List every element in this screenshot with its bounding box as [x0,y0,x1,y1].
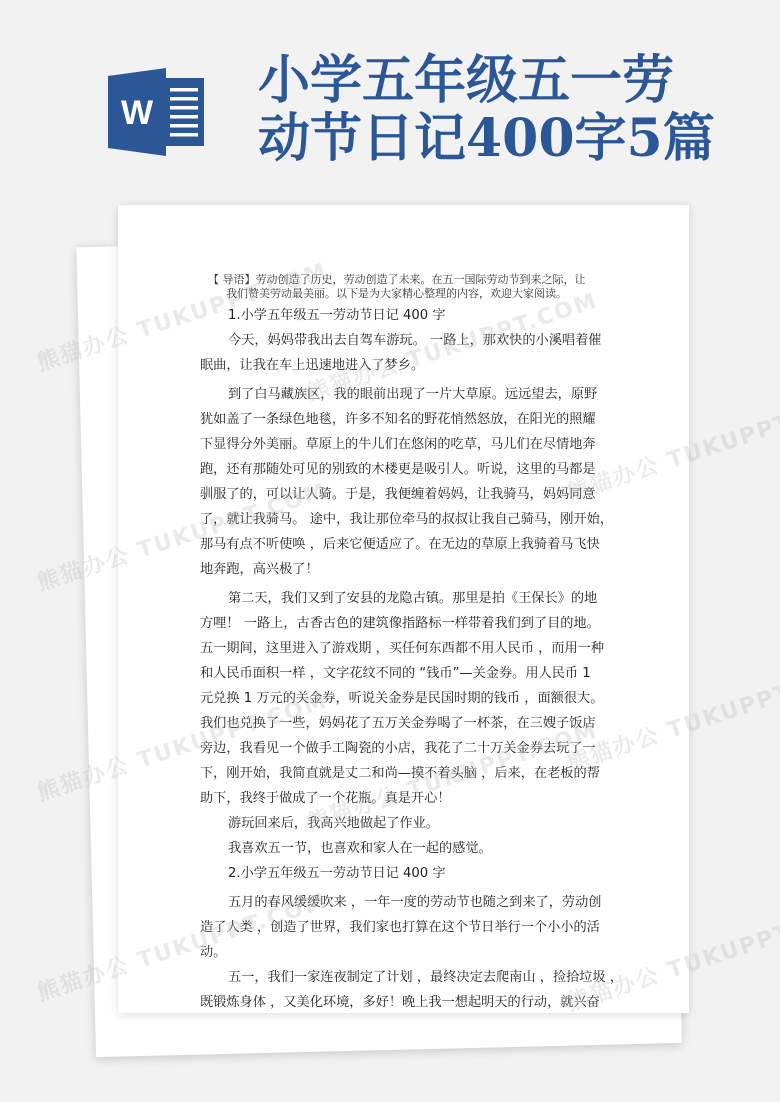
paragraph-line: 五一期间，这里进入了游戏期 ，买任何东西都不用人民币 ，而用一种 [200,636,630,661]
paragraph-line: 我喜欢五一节，也喜欢和家人在一起的感觉。 [200,836,630,861]
word-document-icon: W [108,68,208,156]
section-heading: 2.小学五年级五一劳动节日记 400 字 [200,861,630,886]
document-body: 1.小学五年级五一劳动节日记 400 字今天，妈妈带我出去自驾车游玩。 一路上，… [200,303,630,1013]
paragraph-line: 到了白马藏族区，我的眼前出现了一片大草原。远远望去，原野 [200,382,630,407]
title-line-2: 动节日记400字5篇 [258,110,728,168]
paragraph-line: 游玩回来后，我高兴地做起了作业。 [200,811,630,836]
paragraph-line: 那马有点不听使唤 ，后来它便适应了。在无边的草原上我骑着马飞快 [200,532,630,557]
document-page: 【 导语】劳动创造了历史，劳动创造了未来。在五一国际劳动节到来之际，让 我们赞美… [118,205,689,1013]
paragraph-line: 既锻炼身体 ，又美化环境，多好！晚上我一想起明天的行动，就兴奋 [200,990,630,1013]
paragraph-line: 旁边，我看见一个做手工陶瓷的小店，我花了二十万关金券去玩了一 [200,736,630,761]
paragraph-line: 五一，我们一家连夜制定了计划 ，最终决定去爬南山 ，捡拾垃圾 ， [200,965,630,990]
paragraph-line: 下，刚开始，我简直就是丈二和尚—摸不着头脑 ，后来，在老板的帮 [200,761,630,786]
svg-text:W: W [121,94,154,132]
paragraph-line: 第二天，我们又到了安县的龙隐古镇。那里是拍《王保长》的地 [200,586,630,611]
paragraph-line: 今天，妈妈带我出去自驾车游玩。 一路上，那欢快的小溪唱着催 [200,328,630,353]
paragraph-line: 助下，我终于做成了一个花瓶。真是开心！ [200,786,630,811]
intro-line: 我们赞美劳动最美丽。以下是为大家精心整理的内容，欢迎大家阅读。 [208,287,608,301]
document-intro: 【 导语】劳动创造了历史，劳动创造了未来。在五一国际劳动节到来之际，让 我们赞美… [208,273,608,301]
paragraph-line: 动。 [200,940,630,965]
intro-line: 【 导语】劳动创造了历史，劳动创造了未来。在五一国际劳动节到来之际，让 [208,273,608,287]
paragraph-line: 跑，还有那随处可见的别致的木楼更是吸引人。听说，这里的马都是 [200,457,630,482]
paragraph-line: 元兑换 1 万元的关金券，听说关金券是民国时期的钱币 ，面额很大。 [200,686,630,711]
paragraph-line: 地奔跑，高兴极了！ [200,557,630,582]
title-line-1: 小学五年级五一劳 [258,52,728,110]
paragraph-line: 驯服了的，可以让人骑。于是，我便缠着妈妈，让我骑马，妈妈同意 [200,482,630,507]
paragraph-line: 和人民币面积一样 ，文字花纹不同的 “钱币”—关金券。用人民币 1 [200,661,630,686]
paragraph-line: 犹如盖了一条绿色地毯，许多不知名的野花悄然怒放，在阳光的照耀 [200,407,630,432]
document-title: 小学五年级五一劳 动节日记400字5篇 [258,52,728,168]
paragraph-line: 方哩！ 一路上，古香古色的建筑像指路标一样带着我们到了目的地。 [200,611,630,636]
banner-header: W 小学五年级五一劳 动节日记400字5篇 [0,0,780,200]
paragraph-line: 眠曲，让我在车上迅速地进入了梦乡。 [200,353,630,378]
paragraph-line: 我们也兑换了一些，妈妈花了五万关金券喝了一杯茶，在三嫂子饭店 [200,711,630,736]
paragraph-line: 了，就让我骑马。 途中，我让那位牵马的叔叔让我自己骑马，刚开始， [200,507,630,532]
paragraph-line: 下显得分外美丽。草原上的牛儿们在悠闲的吃草，马儿们在尽情地奔 [200,432,630,457]
paragraph-line: 五月的春风缓缓吹来 ，一年一度的劳动节也随之到来了，劳动创 [200,890,630,915]
section-heading: 1.小学五年级五一劳动节日记 400 字 [200,303,630,328]
paragraph-line: 造了人类 ，创造了世界，我们家也打算在这个节日举行一个小小的活 [200,915,630,940]
